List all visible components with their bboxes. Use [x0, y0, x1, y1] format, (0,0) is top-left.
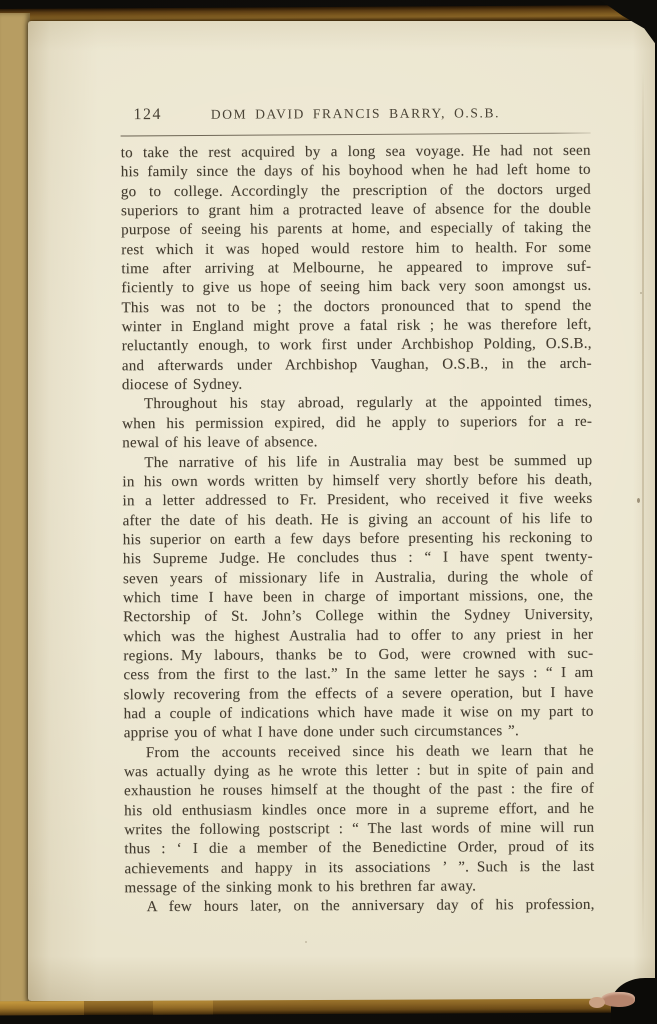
text-line: winter in England might prove a fatal ri…: [122, 316, 592, 338]
text-line: The narrative of his life in Australia m…: [122, 451, 592, 473]
text-line: This was not to be ; the doctors pronoun…: [121, 297, 591, 319]
text-line: was actually dying as he wrote this lett…: [124, 761, 594, 783]
paper-speck: [640, 292, 642, 294]
text-line: his superior on earth a few days before …: [123, 529, 593, 551]
text-line: after the date of his death. He is givin…: [123, 509, 593, 531]
text-line: superiors to grant him a protracted leav…: [121, 200, 591, 222]
text-line: which was the highest Australia had to o…: [123, 625, 593, 647]
paragraph: to take the rest acquired by a long sea …: [121, 142, 592, 396]
paragraph: The narrative of his life in Australia m…: [122, 451, 594, 744]
paper-speck: [637, 498, 640, 503]
book-cover-bottom-edge: [0, 999, 643, 1016]
text-line: exhaustion he rouses himself at the thou…: [124, 780, 594, 802]
text-line: reluctantly enough, to work first under …: [122, 335, 592, 357]
text-line: From the accounts received since his dea…: [124, 741, 594, 763]
text-line: rest which it was hoped would restore hi…: [121, 238, 591, 260]
text-line: writes the following postscript : “ The …: [124, 819, 594, 841]
text-line: to take the rest acquired by a long sea …: [121, 142, 591, 164]
torn-paper-bit: [589, 997, 605, 1008]
torn-paper-bit: [601, 992, 635, 1007]
paragraph: A few hours later, on the anniversary da…: [125, 896, 595, 918]
text-line: cess from the first to the last.” In the…: [123, 664, 593, 686]
text-line: diocese of Sydney.: [122, 374, 592, 396]
page-text: to take the rest acquired by a long sea …: [121, 142, 595, 918]
fore-edge-page-stack: [0, 13, 30, 1009]
text-line: regions. My labours, thanks be to God, w…: [123, 645, 593, 667]
text-line: Rectorship of St. John’s College within …: [123, 606, 593, 628]
text-line: newal of his leave of absence.: [122, 432, 592, 454]
text-line: message of the sinking monk to his breth…: [124, 877, 594, 899]
text-line: and afterwards under Archbishop Vaughan,…: [122, 355, 592, 377]
text-line: which time I have been in charge of impo…: [123, 587, 593, 609]
text-line: slowly recovering from the effects of a …: [123, 683, 593, 705]
text-line: purpose of seeing his parents at home, a…: [121, 219, 591, 241]
paper-speck: [305, 941, 307, 943]
text-line: had a couple of indications which have m…: [124, 703, 594, 725]
text-line: his old enthusiasm kindles once more in …: [124, 799, 594, 821]
page-number: 124: [133, 106, 162, 124]
text-line: seven years of missionary life in Austra…: [123, 567, 593, 589]
running-head-row: 124 DOM DAVID FRANCIS BARRY, O.S.B.: [120, 102, 590, 125]
text-line: in his own words written by himself very…: [122, 471, 592, 493]
text-line: Throughout his stay abroad, regularly at…: [122, 393, 592, 415]
text-line: thus : ‘ I die a member of the Benedicti…: [124, 838, 594, 860]
paragraph: Throughout his stay abroad, regularly at…: [122, 393, 592, 453]
book-page: 124 DOM DAVID FRANCIS BARRY, O.S.B. to t…: [28, 21, 655, 1001]
text-line: apprise you of what I have done under su…: [124, 722, 594, 744]
paragraph: From the accounts received since his dea…: [124, 741, 595, 898]
text-line: go to college. Accordingly the prescript…: [121, 180, 591, 202]
header-rule: [121, 132, 591, 136]
running-header: DOM DAVID FRANCIS BARRY, O.S.B.: [120, 102, 590, 123]
text-line: when his permission expired, did he appl…: [122, 413, 592, 435]
text-line: time after arriving at Melbourne, he app…: [121, 258, 591, 280]
page-crease: [642, 71, 644, 941]
scanned-book-photo: 124 DOM DAVID FRANCIS BARRY, O.S.B. to t…: [0, 0, 657, 1024]
text-line: in a letter addressed to Fr. President, …: [122, 490, 592, 512]
text-line: achievements and happy in its associatio…: [124, 857, 594, 879]
text-line: ficiently to give us hope of seeing him …: [121, 277, 591, 299]
text-line: his family since the days of his boyhood…: [121, 161, 591, 183]
text-line: A few hours later, on the anniversary da…: [125, 896, 595, 918]
page-content: 124 DOM DAVID FRANCIS BARRY, O.S.B. to t…: [120, 20, 595, 918]
text-line: his Supreme Judge. He concludes thus : “…: [123, 548, 593, 570]
